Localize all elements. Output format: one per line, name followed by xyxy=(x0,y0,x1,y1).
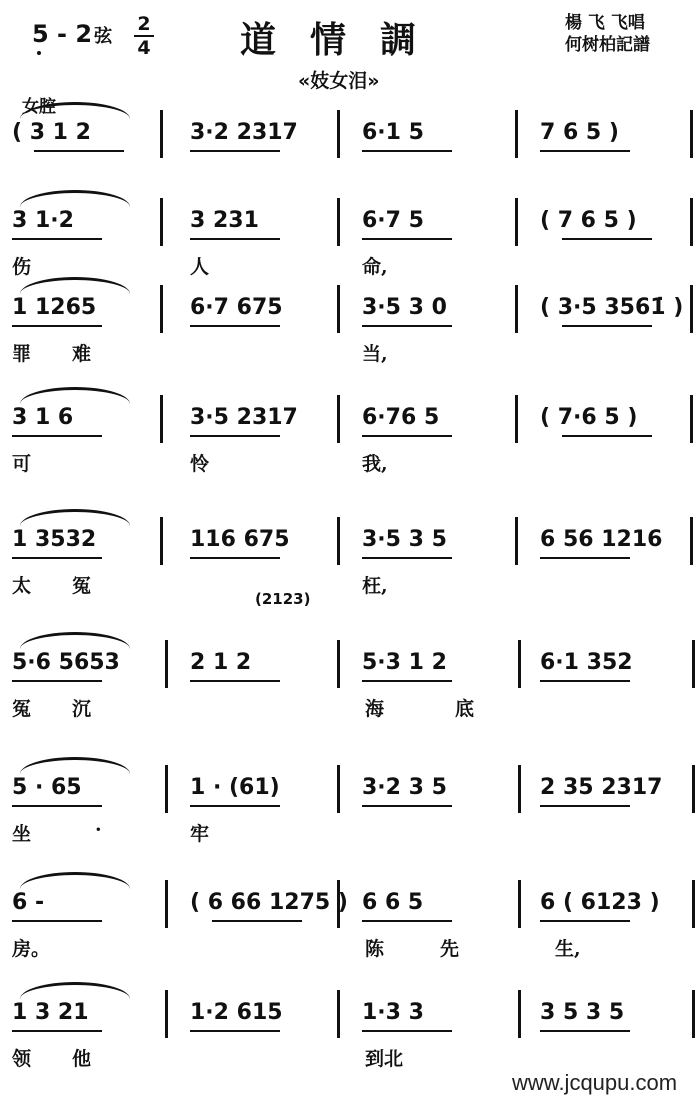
measure-notes: 6 56 1216 xyxy=(540,527,662,552)
lyric: 生, xyxy=(555,934,581,961)
measure-notes: 5 · 65 xyxy=(12,775,82,800)
underline-beam xyxy=(190,325,280,327)
underline-beam xyxy=(362,238,452,240)
lyric: 房。 xyxy=(12,934,50,961)
barline xyxy=(160,517,163,565)
measure-notes: ( 7 6 5 ) xyxy=(540,208,637,233)
barline xyxy=(337,285,340,333)
barline xyxy=(690,110,693,158)
measure-notes: 6 - xyxy=(12,890,44,915)
underline-beam xyxy=(540,680,630,682)
underline-beam xyxy=(540,920,630,922)
underline-beam xyxy=(562,325,652,327)
ornament-annotation: (2123) xyxy=(255,590,310,608)
lyric: 陈 xyxy=(365,934,384,961)
underline-beam xyxy=(540,805,630,807)
lyric: 人 xyxy=(190,252,209,279)
lyric: 怜 xyxy=(190,449,209,476)
lyric: 他 xyxy=(72,1044,91,1071)
underline-beam xyxy=(12,238,102,240)
subtitle: «妓女泪» xyxy=(298,66,380,93)
barline xyxy=(690,517,693,565)
measure-notes: 3·2 2317 xyxy=(190,120,298,145)
lyric: 冤 xyxy=(12,694,31,721)
measure-notes: 3 1 6 xyxy=(12,405,73,430)
measure-notes: ( 6 66 1275 ) xyxy=(190,890,348,915)
barline xyxy=(690,285,693,333)
measure-notes: 6 6 5 xyxy=(362,890,423,915)
barline xyxy=(165,880,168,928)
page-title: 道情調 xyxy=(240,12,450,63)
slur-mark xyxy=(20,509,130,526)
underline-beam xyxy=(190,238,280,240)
barline xyxy=(165,765,168,813)
barline xyxy=(337,765,340,813)
barline xyxy=(515,395,518,443)
underline-beam xyxy=(362,150,452,152)
underline-beam xyxy=(12,920,102,922)
barline xyxy=(160,395,163,443)
barline xyxy=(518,880,521,928)
measure-notes: 3·5 3 5 xyxy=(362,527,447,552)
barline xyxy=(337,640,340,688)
lyric: · xyxy=(95,819,102,841)
barline xyxy=(515,110,518,158)
measure-notes: 3·5 3 0 xyxy=(362,295,447,320)
score-row: 3 1 63·5 23176·76 5( 7·6 5 )可怜我, xyxy=(0,405,700,505)
lyric: 当, xyxy=(362,339,388,366)
underline-beam xyxy=(562,435,652,437)
measure-notes: 6·7 675 xyxy=(190,295,283,320)
measure-notes: 1 3532 xyxy=(12,527,96,552)
credit-transcriber: 何树柏記譜 xyxy=(565,34,650,56)
measure-notes: 5·3 1 2 xyxy=(362,650,447,675)
slur-mark xyxy=(20,632,130,649)
underline-beam xyxy=(12,557,102,559)
barline xyxy=(160,110,163,158)
measure-notes: 6·1 5 xyxy=(362,120,424,145)
watermark: www.jcqupu.com xyxy=(512,1070,677,1096)
measure-notes: 3 5 3 5 xyxy=(540,1000,624,1025)
lyric: 可 xyxy=(12,449,31,476)
barline xyxy=(692,880,695,928)
credits: 楊 飞 飞唱 何树柏記譜 xyxy=(565,12,650,56)
underline-beam xyxy=(12,1030,102,1032)
lyric: 命, xyxy=(362,252,388,279)
lyric: 枉, xyxy=(362,571,388,598)
score-row: 5·6 56532 1 25·3 1 26·1 352(2123)冤沉海底 xyxy=(0,650,700,750)
barline xyxy=(690,198,693,246)
barline xyxy=(160,285,163,333)
underline-beam xyxy=(362,325,452,327)
barline xyxy=(337,880,340,928)
measure-notes: 1·3 3 xyxy=(362,1000,424,1025)
lyric: 到北 xyxy=(365,1044,403,1071)
underline-beam xyxy=(362,1030,452,1032)
underline-beam xyxy=(190,150,280,152)
measure-notes: 1 3 21 xyxy=(12,1000,89,1025)
underline-beam xyxy=(540,1030,630,1032)
underline-beam xyxy=(190,680,280,682)
measure-notes: 6 ( 6123 ) xyxy=(540,890,660,915)
underline-beam xyxy=(34,150,124,152)
measure-notes: ( 3 1 2 xyxy=(12,120,91,145)
lyric: 海 xyxy=(365,694,384,721)
time-signature-bottom: 4 xyxy=(134,38,154,58)
lyric: 底 xyxy=(455,694,474,721)
measure-notes: 2 1 2 xyxy=(190,650,251,675)
lyric: 沉 xyxy=(72,694,91,721)
barline xyxy=(692,990,695,1038)
time-signature-top: 2 xyxy=(134,14,154,34)
lyric: 冤 xyxy=(72,571,91,598)
barline xyxy=(692,640,695,688)
measure-notes: 6·76 5 xyxy=(362,405,439,430)
underline-beam xyxy=(540,557,630,559)
lyric: 难 xyxy=(72,339,91,366)
lyric: 太 xyxy=(12,571,31,598)
score-row: 5 · 651 · (61)3·2 3 52 35 2317坐·牢 xyxy=(0,775,700,875)
underline-beam xyxy=(12,805,102,807)
barline xyxy=(518,765,521,813)
barline xyxy=(337,395,340,443)
lyric: 牢 xyxy=(190,819,209,846)
measure-notes: 7 6 5 ) xyxy=(540,120,619,145)
underline-beam xyxy=(540,150,630,152)
score-row: 6 -( 6 66 1275 )6 6 56 ( 6123 )房。陈先生, xyxy=(0,890,700,990)
underline-beam xyxy=(212,920,302,922)
measure-notes: 3·2 3 5 xyxy=(362,775,447,800)
time-signature: 2 4 xyxy=(134,14,154,58)
lyric: 罪 xyxy=(12,339,31,366)
underline-beam xyxy=(190,557,280,559)
lyric: 我, xyxy=(362,449,388,476)
key-suffix: 弦 xyxy=(94,26,112,47)
slur-mark xyxy=(20,757,130,774)
underline-beam xyxy=(362,557,452,559)
credit-singer: 楊 飞 飞唱 xyxy=(565,12,650,34)
underline-beam xyxy=(12,680,102,682)
barline xyxy=(515,517,518,565)
barline xyxy=(515,198,518,246)
underline-beam xyxy=(12,435,102,437)
barline xyxy=(518,990,521,1038)
barline xyxy=(337,110,340,158)
measure-notes: 1·2 615 xyxy=(190,1000,283,1025)
underline-beam xyxy=(362,680,452,682)
lyric: 伤 xyxy=(12,252,31,279)
underline-beam xyxy=(190,805,280,807)
barline xyxy=(518,640,521,688)
underline-beam xyxy=(190,435,280,437)
barline xyxy=(337,990,340,1038)
barline xyxy=(692,765,695,813)
measure-notes: 6·7 5 xyxy=(362,208,424,233)
underline-beam xyxy=(362,920,452,922)
barline xyxy=(165,990,168,1038)
measure-notes: 3·5 2317 xyxy=(190,405,298,430)
measure-notes: ( 7·6 5 ) xyxy=(540,405,637,430)
barline xyxy=(160,198,163,246)
measure-notes: 6·1 352 xyxy=(540,650,633,675)
measure-notes: 3 1·2 xyxy=(12,208,74,233)
lyric: 先 xyxy=(440,934,459,961)
underline-beam xyxy=(362,805,452,807)
underline-beam xyxy=(562,238,652,240)
measure-notes: 116 675 xyxy=(190,527,290,552)
barline xyxy=(165,640,168,688)
measure-notes: 1 1265 xyxy=(12,295,96,320)
measure-notes: 3 231 xyxy=(190,208,259,233)
underline-beam xyxy=(190,1030,280,1032)
barline xyxy=(337,517,340,565)
score-row: 1 12656·7 6753·5 3 0( 3·5 3561̇ )罪难当, xyxy=(0,295,700,395)
measure-notes: 5·6 5653 xyxy=(12,650,120,675)
measure-notes: ( 3·5 3561̇ ) xyxy=(540,295,683,320)
measure-notes: 2 35 2317 xyxy=(540,775,662,800)
barline xyxy=(337,198,340,246)
underline-beam xyxy=(362,435,452,437)
key-signature: 5 - 2弦 xyxy=(32,20,112,48)
lyric: 领 xyxy=(12,1044,31,1071)
underline-beam xyxy=(12,325,102,327)
key-signature-value: 5 - 2 xyxy=(32,20,92,48)
barline xyxy=(690,395,693,443)
barline xyxy=(515,285,518,333)
score-row: 1 3532116 6753·5 3 56 56 1216太冤枉, xyxy=(0,527,700,627)
lyric: 坐 xyxy=(12,819,31,846)
measure-notes: 1 · (61) xyxy=(190,775,280,800)
